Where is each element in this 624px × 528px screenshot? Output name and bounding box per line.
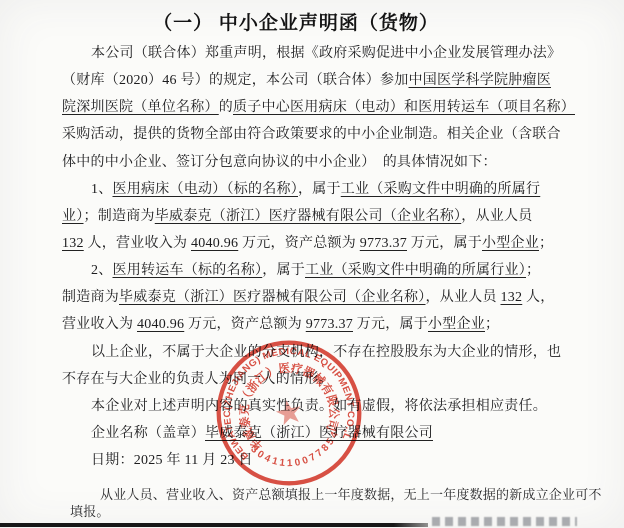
doc-text: 不存在与大企业的负责人为同一人的情形。 bbox=[62, 372, 333, 387]
doc-text: ，从业人员 bbox=[461, 209, 532, 224]
doc-text-underlined: 小型企业 bbox=[428, 317, 485, 332]
doc-line: 以上企业，不属于大企业的分支机构，不存在控股股东为大企业的情形，也 bbox=[62, 339, 574, 366]
doc-text: 万元，属于 bbox=[353, 317, 428, 332]
doc-line: 体中的中小企业、签订分包意向协议的中小企业） 的具体情况如下： bbox=[62, 149, 574, 176]
doc-line: 2、医用转运车（标的名称），属于工业（采购文件中明确的所属行业）； bbox=[62, 257, 574, 284]
doc-text: ，从业人员 bbox=[426, 290, 501, 305]
doc-text: 营业收入为 bbox=[62, 317, 137, 332]
doc-line: 本公司（联合体）郑重声明，根据《政府采购促进中小企业发展管理办法》 bbox=[62, 40, 574, 67]
doc-text: 本企业对上述声明内容的真实性负责。如有虚假，将依法承担相应责任。 bbox=[91, 399, 547, 414]
doc-line: 院深圳医院（单位名称）的质子中心医用病床（电动）和医用转运车（项目名称） bbox=[62, 94, 574, 121]
doc-text: 万元，属于 bbox=[407, 236, 482, 251]
doc-text-underlined: 9773.37 bbox=[306, 317, 353, 332]
doc-line: 日期：2025 年 11 月 23 日 bbox=[62, 447, 574, 474]
doc-text: 体中的中小企业、签订分包意向协议的中小企业） 的具体情况如下： bbox=[62, 155, 497, 170]
document-title: （一） 中小企业声明函（货物） bbox=[0, 8, 592, 35]
doc-text-underlined: 医用病床（电动）（标的名称） bbox=[113, 182, 299, 197]
doc-text: 万元，资产总额为 bbox=[184, 317, 306, 332]
doc-text: 1、 bbox=[91, 182, 113, 197]
doc-text-underlined: 工业（采购文件中明确的所属行业） bbox=[305, 263, 526, 278]
doc-text-underlined: 毕威泰克（浙江）医疗器械有限公司（企业名称） bbox=[119, 290, 426, 305]
doc-text-underlined: 业） bbox=[62, 209, 84, 224]
doc-text: ； bbox=[539, 236, 553, 251]
doc-text-underlined: 毕威泰克（浙江）医疗器械有限公司（企业名称） bbox=[155, 209, 462, 224]
doc-text: 人，营业收入为 bbox=[84, 236, 191, 251]
doc-line: 营业收入为 4040.96 万元，资产总额为 9773.37 万元，属于小型企业… bbox=[62, 311, 574, 338]
doc-line: 1、医用病床（电动）（标的名称），属于工业（采购文件中明确的所属行 bbox=[62, 176, 574, 203]
doc-text: 万元，资产总额为 bbox=[238, 236, 360, 251]
doc-text: 以上企业，不属于大企业的分支机构，不存在控股股东为大企业的情形，也 bbox=[91, 345, 561, 360]
footnote-line-1: 从业人员、营业收入、资产总额填报上一年度数据，无上一年度数据的新成立企业可不 bbox=[70, 486, 590, 503]
doc-text: ； bbox=[485, 317, 499, 332]
doc-line: 不存在与大企业的负责人为同一人的情形。 bbox=[62, 366, 574, 393]
doc-line: 本企业对上述声明内容的真实性负责。如有虚假，将依法承担相应责任。 bbox=[62, 393, 574, 420]
doc-text: 制造商为 bbox=[62, 290, 119, 305]
footnote: 从业人员、营业收入、资产总额填报上一年度数据，无上一年度数据的新成立企业可不 填… bbox=[70, 486, 590, 520]
doc-text-underlined: 毕威泰克（浙江）医疗器械有限公司 bbox=[205, 426, 433, 441]
doc-line: 业）；制造商为毕威泰克（浙江）医疗器械有限公司（企业名称），从业人员 bbox=[62, 203, 574, 230]
body-text: 本公司（联合体）郑重声明，根据《政府采购促进中小企业发展管理办法》（财库（202… bbox=[62, 40, 574, 474]
doc-line: 采购活动，提供的货物全部由符合政策要求的中小企业制造。相关企业（含联合 bbox=[62, 121, 574, 148]
doc-text: 2、 bbox=[91, 263, 113, 278]
doc-text: ； bbox=[526, 263, 540, 278]
doc-text-underlined: 小型企业 bbox=[482, 236, 539, 251]
doc-text-underlined: 4040.96 bbox=[137, 317, 184, 332]
doc-line: 132 人，营业收入为 4040.96 万元，资产总额为 9773.37 万元，… bbox=[62, 230, 574, 257]
doc-text-underlined: 中国医学科学院肿瘤医 bbox=[409, 73, 552, 88]
doc-text-underlined: 4040.96 bbox=[191, 236, 238, 251]
doc-text-underlined: 132 bbox=[501, 290, 523, 305]
doc-text: 企业名称（盖章） bbox=[91, 426, 205, 441]
doc-text: ；制造商为 bbox=[84, 209, 155, 224]
doc-text: 人， bbox=[522, 290, 554, 305]
doc-text: 日期：2025 年 11 月 23 日 bbox=[91, 453, 253, 468]
scan-artifact-bar bbox=[0, 523, 428, 527]
doc-line: （财库（2020）46 号）的规定，本公司（联合体）参加中国医学科学院肿瘤医 bbox=[62, 67, 574, 94]
doc-text-underlined: 工业（采购文件中明确的所属行 bbox=[341, 182, 541, 197]
doc-line: 企业名称（盖章）毕威泰克（浙江）医疗器械有限公司 bbox=[62, 420, 574, 447]
doc-text: 采购活动，提供的货物全部由符合政策要求的中小企业制造。相关企业（含联合 bbox=[62, 127, 561, 142]
scan-artifact-glyphs bbox=[432, 517, 577, 526]
doc-text-underlined: 132 bbox=[62, 236, 84, 251]
doc-text: （财库（2020）46 号）的规定，本公司（联合体）参加 bbox=[62, 73, 409, 88]
doc-text-underlined: 9773.37 bbox=[360, 236, 407, 251]
doc-line: 制造商为毕威泰克（浙江）医疗器械有限公司（企业名称），从业人员 132 人， bbox=[62, 284, 574, 311]
doc-text-underlined: 院深圳医院（单位名称） bbox=[62, 100, 219, 115]
doc-text-underlined: 医用转运车（标的名称） bbox=[113, 263, 263, 278]
doc-text: 本公司（联合体）郑重声明，根据《政府采购促进中小企业发展管理办法》 bbox=[91, 46, 561, 61]
doc-text: 的 bbox=[219, 100, 233, 115]
document-page: （一） 中小企业声明函（货物） 本公司（联合体）郑重声明，根据《政府采购促进中小… bbox=[0, 0, 624, 528]
doc-text-underlined: 质子中心医用病床（电动）和医用转运车（项目名称） bbox=[233, 100, 575, 115]
doc-text: ，属于 bbox=[262, 263, 305, 278]
doc-text: ，属于 bbox=[298, 182, 341, 197]
